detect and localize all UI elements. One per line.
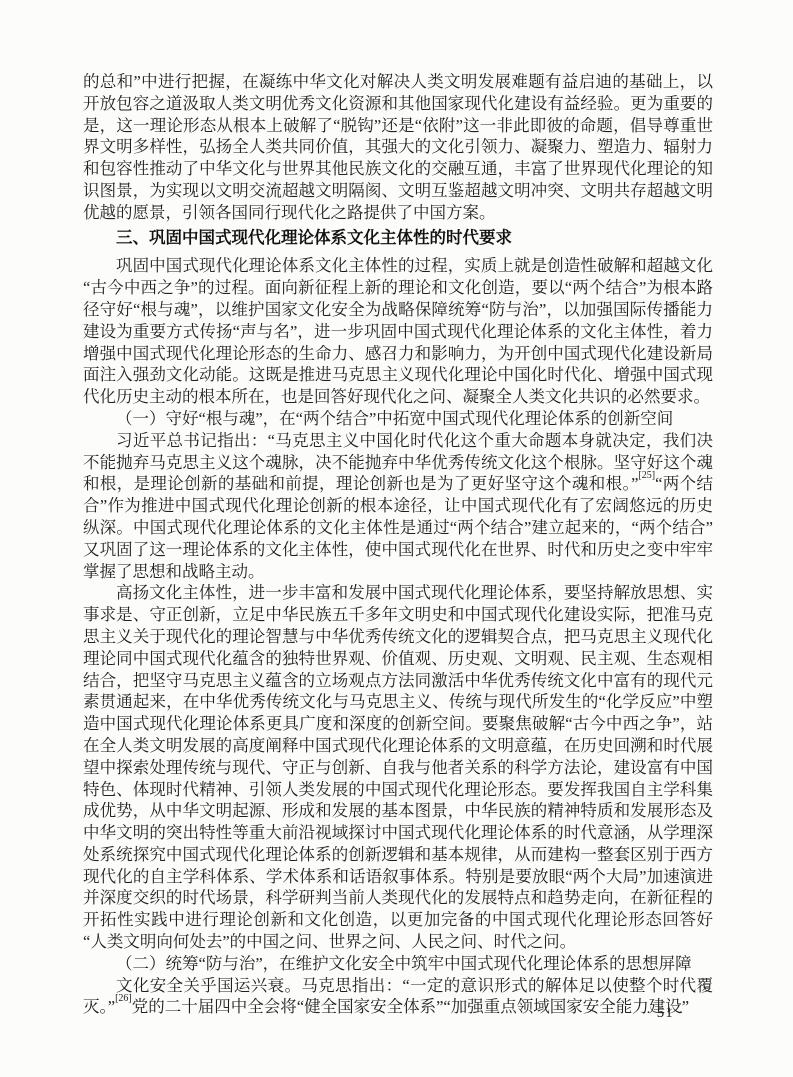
page-number: · 51 ·	[646, 1004, 685, 1022]
paragraph-roots: 习近平总书记指出：“马克思主义中国化时代化这个重大命题本身就决定，我们决不能抛弃…	[83, 430, 713, 583]
paragraph-overview: 巩固中国式现代化理论体系文化主体性的过程，实质上就是创造性破解和超越文化“古今中…	[83, 255, 713, 408]
article-body: 的总和”中进行把握，在凝练中华文化对解决人类文明发展难题有益启迪的基础上，以开放…	[83, 71, 713, 1018]
paragraph-text: 习近平总书记指出：“马克思主义中国化时代化这个重大命题本身就决定，我们决不能抛弃…	[83, 431, 713, 494]
subsection-heading-two: （二）统筹“防与治”，在维护文化安全中筑牢中国式现代化理论体系的思想屏障	[83, 953, 713, 975]
subsection-heading-one: （一）守好“根与魂”，在“两个结合”中拓宽中国式现代化理论体系的创新空间	[83, 408, 713, 430]
paragraph-subjectivity: 高扬文化主体性，进一步丰富和发展中国式现代化理论体系，要坚持解放思想、实事求是、…	[83, 582, 713, 953]
journal-page: 的总和”中进行把握，在凝练中华文化对解决人类文明发展难题有益启迪的基础上，以开放…	[0, 0, 793, 1077]
paragraph-text: 党的二十届四中全会将“健全国家安全体系”“加强重点领域国家安全能力建设”	[132, 997, 689, 1016]
citation-ref-25: [25]	[638, 470, 655, 481]
section-heading: 三、巩固中国式现代化理论体系文化主体性的时代要求	[83, 228, 713, 250]
paragraph-continuation: 的总和”中进行把握，在凝练中华文化对解决人类文明发展难题有益启迪的基础上，以开放…	[83, 71, 713, 224]
citation-ref-26: [26]	[115, 993, 132, 1004]
paragraph-security: 文化安全关乎国运兴衰。马克思指出：“一定的意识形式的解体足以使整个时代覆灭。”[…	[83, 975, 713, 1019]
